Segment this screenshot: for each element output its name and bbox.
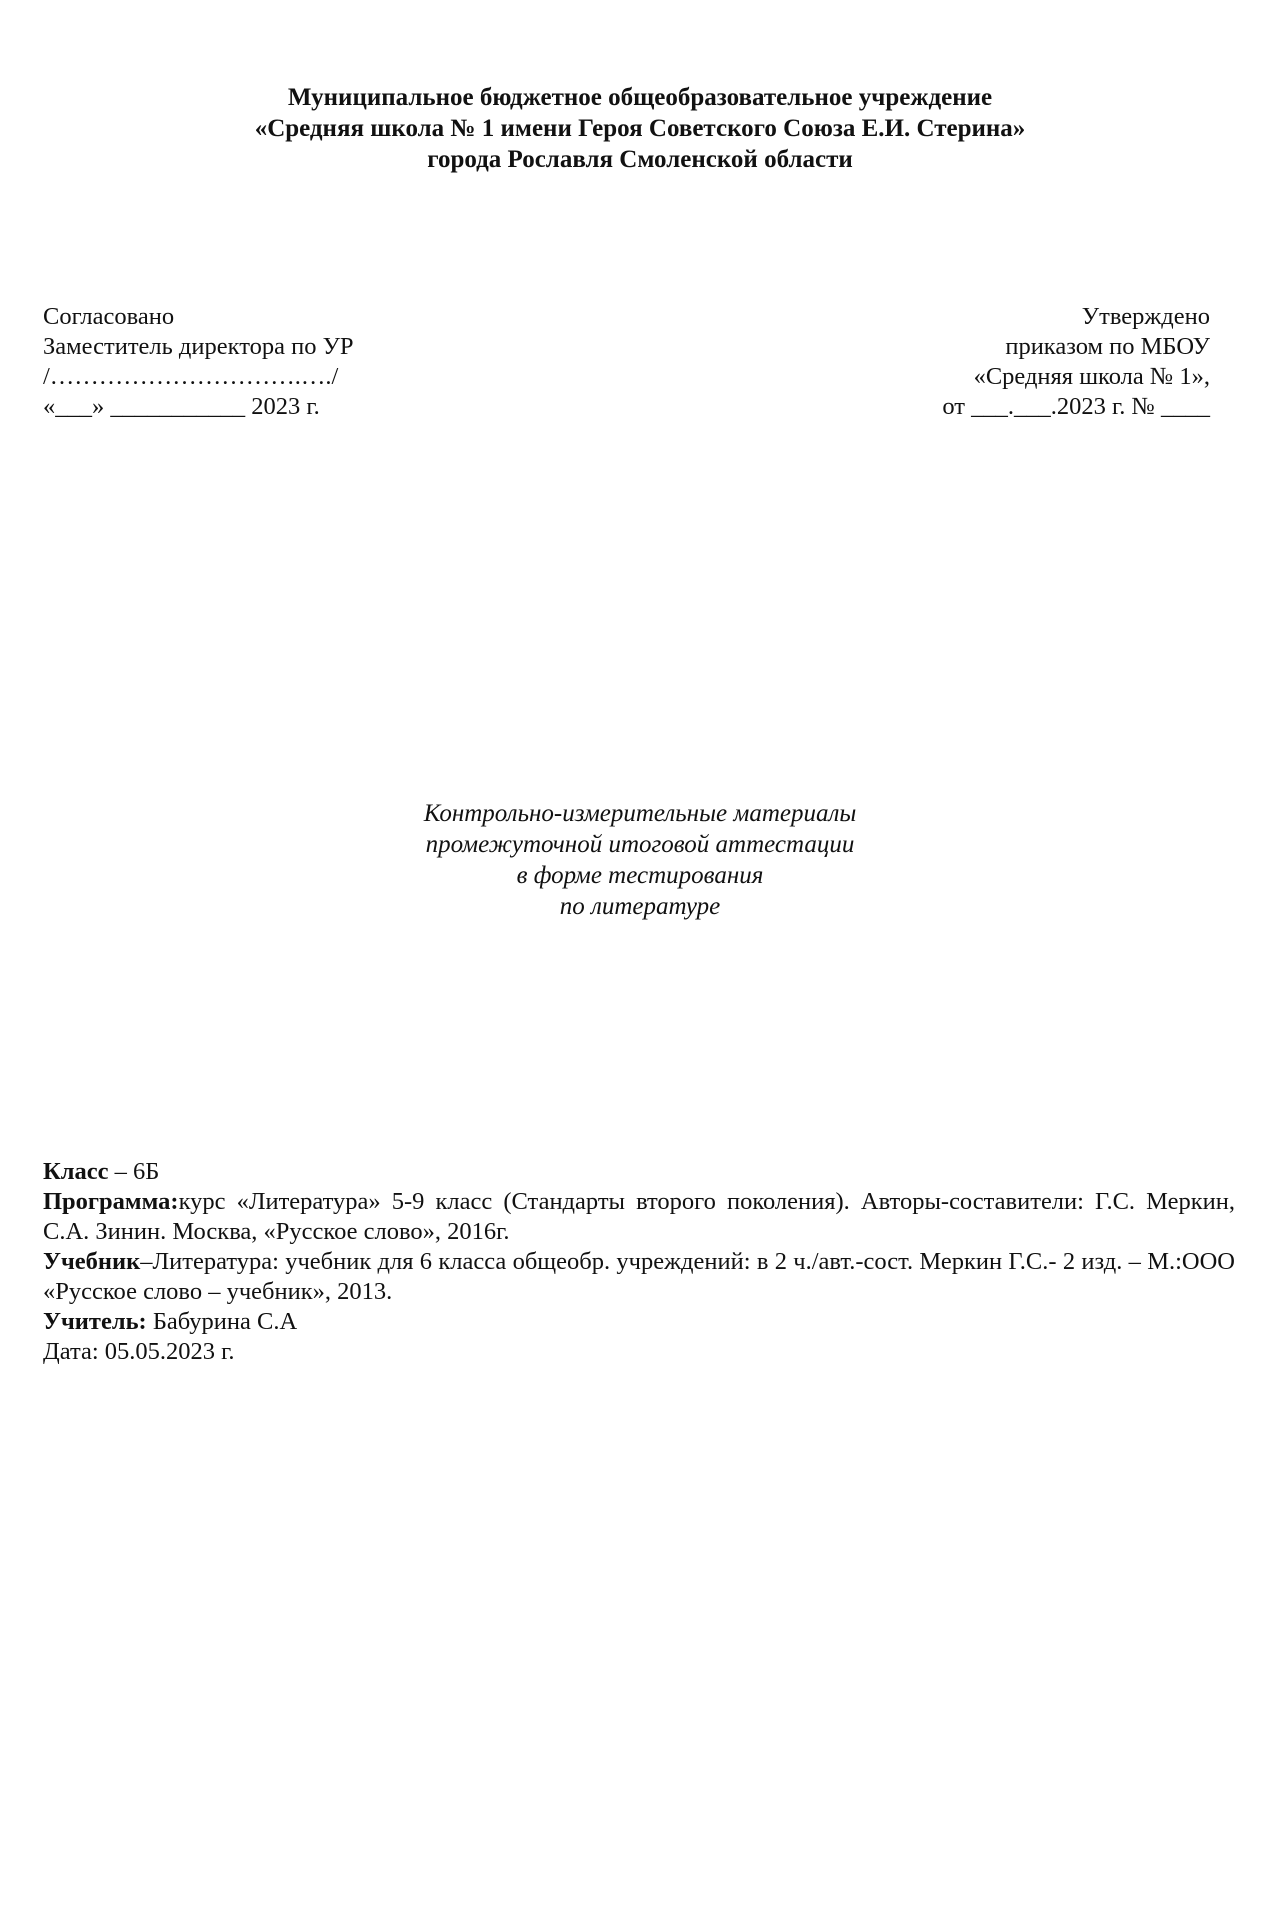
textbook-value: –Литература: учебник для 6 класса общеоб…	[43, 1248, 1235, 1305]
approved-order: приказом по МБОУ	[942, 332, 1210, 362]
program-label: Программа:	[43, 1188, 179, 1215]
agreed-title: Согласовано	[43, 302, 354, 332]
approved-block: Утверждено приказом по МБОУ «Средняя шко…	[942, 302, 1210, 422]
agreed-block: Согласовано Заместитель директора по УР …	[43, 302, 354, 422]
date-info: Дата: 05.05.2023 г.	[43, 1337, 1235, 1367]
header-line-1: Муниципальное бюджетное общеобразователь…	[0, 82, 1280, 113]
agreed-date-line: «___» ___________ 2023 г.	[43, 392, 354, 422]
title-line-4: по литературе	[0, 891, 1280, 922]
approved-title: Утверждено	[942, 302, 1210, 332]
approved-school: «Средняя школа № 1»,	[942, 362, 1210, 392]
title-line-1: Контрольно-измерительные материалы	[0, 798, 1280, 829]
class-value: – 6Б	[109, 1158, 160, 1185]
teacher-value: Бабурина С.А	[147, 1308, 297, 1335]
agreed-position: Заместитель директора по УР	[43, 332, 354, 362]
textbook-info: Учебник–Литература: учебник для 6 класса…	[43, 1247, 1235, 1307]
teacher-label: Учитель:	[43, 1308, 147, 1335]
title-line-2: промежуточной итоговой аттестации	[0, 829, 1280, 860]
header-line-2: «Средняя школа № 1 имени Героя Советског…	[0, 113, 1280, 144]
program-info: Программа:курс «Литература» 5-9 класс (С…	[43, 1187, 1235, 1247]
approved-date-line: от ___.___.2023 г. № ____	[942, 392, 1210, 422]
textbook-label: Учебник	[43, 1248, 140, 1275]
school-header: Муниципальное бюджетное общеобразователь…	[0, 82, 1280, 175]
document-title: Контрольно-измерительные материалы проме…	[0, 798, 1280, 922]
class-info: Класс – 6Б	[43, 1157, 1235, 1187]
header-line-3: города Рославля Смоленской области	[0, 144, 1280, 175]
info-block: Класс – 6Б Программа:курс «Литература» 5…	[43, 1157, 1235, 1367]
title-line-3: в форме тестирования	[0, 860, 1280, 891]
class-label: Класс	[43, 1158, 109, 1185]
agreed-signature-line: /………………………….…./	[43, 362, 354, 392]
program-value: курс «Литература» 5-9 класс (Стандарты в…	[43, 1188, 1235, 1245]
teacher-info: Учитель: Бабурина С.А	[43, 1307, 1235, 1337]
